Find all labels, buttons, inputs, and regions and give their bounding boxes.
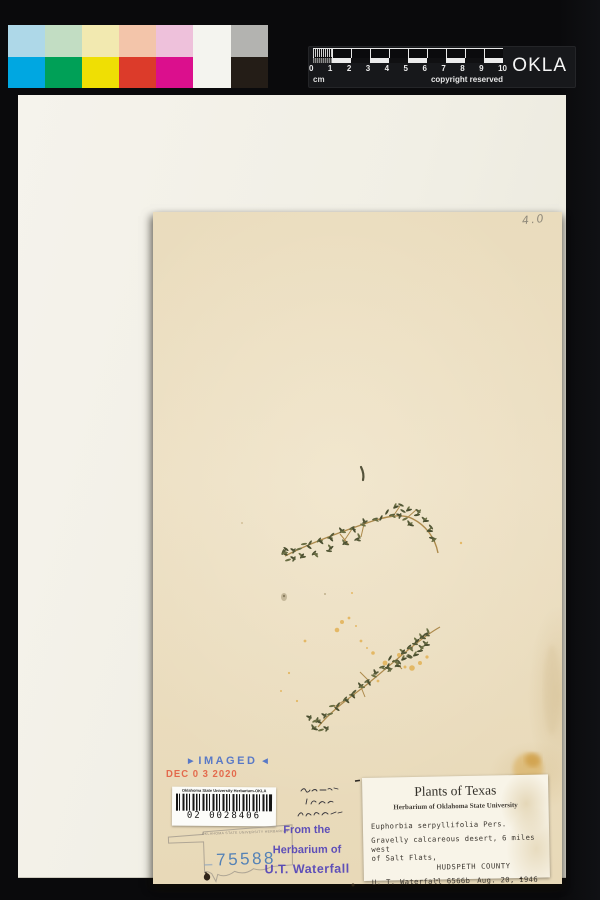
collector-row: U. T. Waterfall 6566b Aug. 20, 1946 xyxy=(372,875,542,887)
ruler-number: 7 xyxy=(441,64,445,73)
dark-color-patch xyxy=(231,57,268,88)
imaged-stamp: ▶ IMAGED ◀ xyxy=(188,755,268,767)
barcode-number: 02 0028406 xyxy=(172,811,276,822)
color-patch xyxy=(45,25,82,57)
county-name: HUDSPETH COUNTY xyxy=(437,861,542,872)
gray-color-patch xyxy=(231,25,268,57)
white-color-patch xyxy=(193,25,231,88)
ruler-bar xyxy=(313,48,503,63)
herbarium-code: OKLA xyxy=(512,55,567,77)
imaged-date-stamp: DEC 0 3 2020 xyxy=(166,769,238,781)
imaged-right-arrow-icon: ▶ xyxy=(188,757,193,765)
saturated-color-row xyxy=(8,57,193,88)
from-stamp-line1: From the xyxy=(262,824,352,837)
ruler-bar-bottom-hatch xyxy=(313,58,332,63)
collection-date: Aug. 20, 1946 xyxy=(477,875,538,885)
color-calibration-card xyxy=(8,25,268,88)
barcode-icon xyxy=(176,794,272,812)
waterfall-herbarium-stamp: From the Herbarium of U.T. Waterfall xyxy=(262,824,352,877)
color-patch xyxy=(8,57,45,88)
imaged-stamp-label: IMAGED xyxy=(198,755,257,767)
color-patch xyxy=(8,25,45,57)
ruler-number: 9 xyxy=(479,64,483,73)
ruler-number: 0 xyxy=(309,64,313,73)
copyright-label: copyright reserved xyxy=(431,75,503,84)
ruler-number: 3 xyxy=(366,64,370,73)
barcode-header-text: Oklahoma State University Herbarium-OKLA xyxy=(172,787,276,794)
ruler-number: 5 xyxy=(404,64,408,73)
color-patch xyxy=(82,57,119,88)
color-patch xyxy=(156,25,193,57)
ruler-numbers: 012345678910 xyxy=(309,64,507,73)
ruler-number: 6 xyxy=(422,64,426,73)
specimen-label: Plants of Texas Herbarium of Oklahoma St… xyxy=(362,774,550,881)
color-patch xyxy=(119,25,156,57)
scale-ruler-card: 012345678910 cm copyright reserved OKLA xyxy=(308,46,576,88)
ruler-number: 2 xyxy=(347,64,351,73)
from-stamp-line3: U.T. Waterfall xyxy=(262,862,352,877)
label-title: Plants of Texas xyxy=(370,782,540,801)
ruler-mm-hatch xyxy=(313,49,332,57)
color-patch xyxy=(82,25,119,57)
pastel-color-row xyxy=(8,25,193,57)
color-patch xyxy=(45,57,82,88)
ruler-bar-top xyxy=(313,48,503,58)
ruler-bar-bottom xyxy=(313,58,503,63)
from-stamp-line2: Herbarium of xyxy=(262,844,352,857)
color-patch xyxy=(119,57,156,88)
label-subtitle: Herbarium of Oklahoma State University xyxy=(370,801,540,812)
ruler-number: 1 xyxy=(328,64,332,73)
color-patch xyxy=(156,57,193,88)
ruler-number: 4 xyxy=(385,64,389,73)
collector-number: U. T. Waterfall 6566b xyxy=(372,876,470,887)
imaged-left-arrow-icon: ◀ xyxy=(262,757,267,765)
specimen-photo: 012345678910 cm copyright reserved OKLA … xyxy=(0,0,600,900)
pencil-annotation: 4.0 xyxy=(521,212,546,227)
species-name: Euphorbia serpyllifolia Pers. xyxy=(371,819,541,831)
barcode-label: Oklahoma State University Herbarium-OKLA… xyxy=(172,787,276,827)
ruler-number: 10 xyxy=(498,64,507,73)
ruler-unit-label: cm xyxy=(313,75,325,84)
ruler-number: 8 xyxy=(460,64,464,73)
